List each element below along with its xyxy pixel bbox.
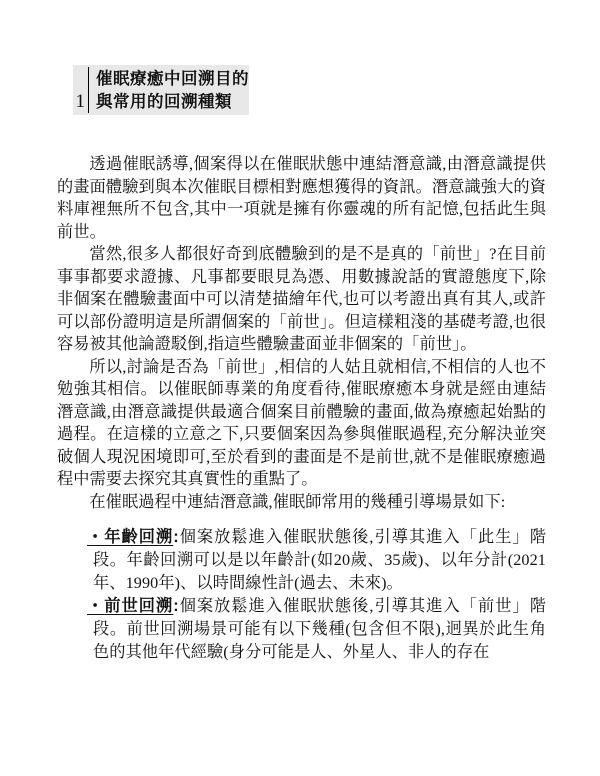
- bullet-term: ・年齡回溯: [87, 528, 173, 546]
- bullet-term: ・前世回溯: [87, 597, 173, 615]
- retrogression-type-list: ・年齡回溯:個案放鬆進入催眠狀態後,引導其進入「此生」階段。年齡回溯可以是以年齡…: [57, 526, 546, 664]
- paragraph-lead-in: 在催眠過程中連結潛意識,催眠師常用的幾種引導場景如下:: [57, 491, 546, 514]
- chapter-title: 催眠療癒中回溯目的 與常用的回溯種類: [89, 67, 249, 113]
- paragraph-intro: 透過催眠誘導,個案得以在催眠狀態中連結潛意識,由潛意識提供的畫面體驗到與本次催眠…: [57, 153, 546, 243]
- paragraph-doubt: 當然,很多人都很好奇到底體驗到的是不是真的「前世」?在目前事事都要求證據、凡事都…: [57, 243, 546, 356]
- chapter-number: 1: [73, 91, 88, 113]
- bullet-term-text: 前世回溯: [104, 597, 173, 615]
- bullet-marker: ・: [87, 597, 104, 615]
- bullet-term-text: 年齡回溯: [104, 528, 173, 546]
- book-page: 1 催眠療癒中回溯目的 與常用的回溯種類 透過催眠誘導,個案得以在催眠狀態中連結…: [0, 0, 600, 776]
- page-content: 1 催眠療癒中回溯目的 與常用的回溯種類 透過催眠誘導,個案得以在催眠狀態中連結…: [57, 0, 546, 664]
- bullet-marker: ・: [87, 528, 104, 546]
- paragraph-viewpoint: 所以,討論是否為「前世」,相信的人姑且就相信,不相信的人也不勉強其相信。以催眠師…: [57, 356, 546, 491]
- chapter-title-line2: 與常用的回溯種類: [96, 90, 249, 113]
- chapter-title-line1: 催眠療癒中回溯目的: [96, 67, 249, 90]
- list-item-age-regression: ・年齡回溯:個案放鬆進入催眠狀態後,引導其進入「此生」階段。年齡回溯可以是以年齡…: [57, 526, 546, 595]
- chapter-heading-box: 1 催眠療癒中回溯目的 與常用的回溯種類: [73, 65, 249, 115]
- list-item-past-life-regression: ・前世回溯:個案放鬆進入催眠狀態後,引導其進入「前世」階段。前世回溯場景可能有以…: [57, 595, 546, 664]
